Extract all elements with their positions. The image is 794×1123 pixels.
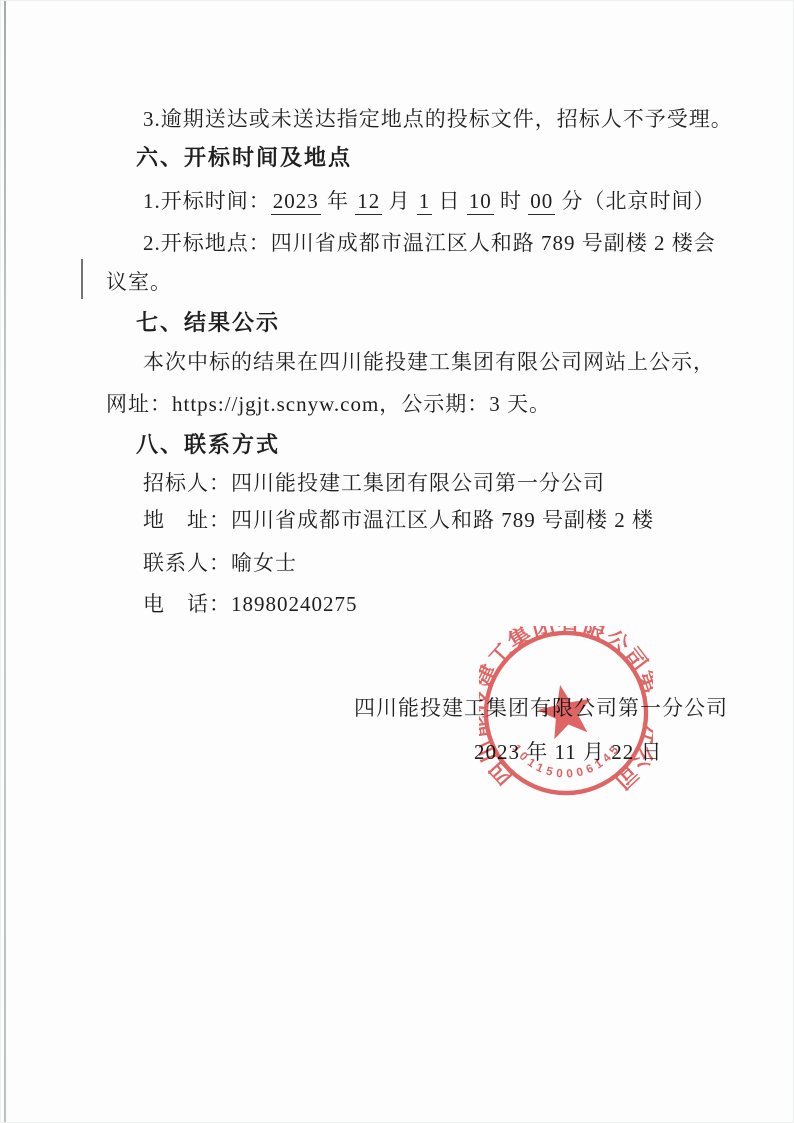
open-time-label: 1.开标时间： [143, 189, 271, 213]
open-time-line: 1.开标时间：2023 年 12 月 1 日 10 时 00 分（北京时间） [143, 187, 716, 215]
margin-mark-artifact [81, 259, 83, 299]
open-time-minute: 00 [528, 189, 555, 215]
section-six-heading: 六、开标时间及地点 [136, 144, 352, 172]
signature-date: 2023 年 11 月 22 日 [474, 738, 662, 766]
section-eight-heading: 八、联系方式 [136, 431, 280, 459]
scan-edge-artifact [4, 1, 6, 1123]
overdue-notice-paragraph: 3.逾期送达或未送达指定地点的投标文件，招标人不予受理。 [143, 105, 733, 133]
result-notice-line-1: 本次中标的结果在四川能投建工集团有限公司网站上公示， [143, 348, 715, 376]
open-time-hour-unit: 时 [494, 189, 529, 213]
document-body: 3.逾期送达或未送达指定地点的投标文件，招标人不予受理。 六、开标时间及地点 1… [106, 1, 716, 1123]
open-time-day: 1 [417, 189, 433, 215]
open-time-hour: 10 [467, 189, 494, 215]
result-notice-line-2: 网址：https://jgjt.scnyw.com，公示期：3 天。 [106, 390, 551, 418]
open-time-month: 12 [355, 189, 382, 215]
contact-person-line: 联系人：喻女士 [143, 549, 297, 577]
phone-line: 电 话：18980240275 [143, 590, 358, 618]
open-place-line-2: 议室。 [106, 268, 172, 296]
open-time-day-unit: 日 [432, 189, 467, 213]
open-place-line-1: 2.开标地点：四川省成都市温江区人和路 789 号副楼 2 楼会 [143, 229, 716, 257]
signature-company: 四川能投建工集团有限公司第一分公司 [354, 694, 728, 722]
document-page: 3.逾期送达或未送达指定地点的投标文件，招标人不予受理。 六、开标时间及地点 1… [0, 0, 794, 1123]
address-line: 地 址：四川省成都市温江区人和路 789 号副楼 2 楼 [143, 506, 654, 534]
open-time-year: 2023 [271, 189, 321, 215]
open-time-year-unit: 年 [321, 189, 356, 213]
tenderer-line: 招标人：四川能投建工集团有限公司第一分公司 [143, 469, 605, 497]
open-time-suffix: 分（北京时间） [555, 189, 715, 213]
section-seven-heading: 七、结果公示 [136, 309, 280, 337]
open-time-month-unit: 月 [382, 189, 417, 213]
